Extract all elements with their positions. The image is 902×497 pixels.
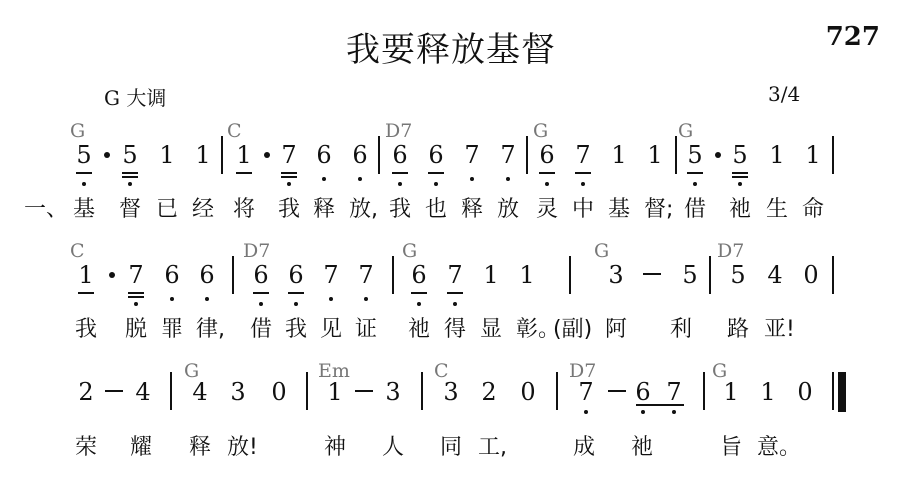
note: 1 bbox=[480, 263, 502, 287]
note: 7 bbox=[355, 263, 377, 287]
barline bbox=[221, 136, 223, 174]
note: 1 bbox=[608, 143, 630, 167]
hymn-title: 我要释放基督 bbox=[0, 22, 902, 71]
note: 1 bbox=[766, 143, 788, 167]
note: 6 bbox=[389, 143, 411, 167]
note: 6 bbox=[196, 263, 218, 287]
lyric: (副) bbox=[553, 312, 592, 343]
note: 1 bbox=[720, 380, 742, 404]
note: 7 bbox=[663, 380, 685, 404]
dash bbox=[643, 273, 661, 275]
note: 5 bbox=[684, 143, 706, 167]
lyric: 督 bbox=[119, 192, 141, 223]
chord-label: G bbox=[678, 120, 693, 142]
lyric: 释 bbox=[461, 192, 483, 223]
note: 7 bbox=[444, 263, 466, 287]
barline bbox=[170, 372, 172, 410]
lyric: 已 bbox=[156, 192, 178, 223]
note: 5 bbox=[679, 263, 701, 287]
dash bbox=[105, 390, 123, 392]
barline bbox=[832, 256, 834, 294]
dash bbox=[608, 390, 626, 392]
augmentation-dot bbox=[104, 152, 110, 158]
chord-label: G bbox=[402, 240, 417, 262]
note: 2 bbox=[478, 380, 500, 404]
lyric: 得 bbox=[444, 312, 466, 343]
lyric: 放! bbox=[227, 430, 258, 461]
lyric: 借 bbox=[684, 192, 706, 223]
time-signature: 3/4 bbox=[768, 82, 800, 106]
note: 7 bbox=[125, 263, 147, 287]
note: 7 bbox=[575, 380, 597, 404]
barline bbox=[421, 372, 423, 410]
lyric: 罪 bbox=[161, 312, 183, 343]
lyric: 一、 bbox=[24, 192, 68, 223]
lyric: 见 bbox=[320, 312, 342, 343]
lyric: 我 bbox=[278, 192, 300, 223]
note: 1 bbox=[192, 143, 214, 167]
note: 3 bbox=[227, 380, 249, 404]
lyric: 祂 bbox=[729, 192, 751, 223]
note: 6 bbox=[313, 143, 335, 167]
chord-label: D7 bbox=[717, 240, 744, 262]
note: 3 bbox=[382, 380, 404, 404]
barline bbox=[832, 136, 834, 174]
lyric: 将 bbox=[233, 192, 255, 223]
lyric: 我 bbox=[285, 312, 307, 343]
lyric: 灵 bbox=[536, 192, 558, 223]
chord-label: G bbox=[594, 240, 609, 262]
lyric: 释 bbox=[189, 430, 211, 461]
barline bbox=[703, 372, 705, 410]
note: 1 bbox=[644, 143, 666, 167]
note: 1 bbox=[802, 143, 824, 167]
note: 6 bbox=[536, 143, 558, 167]
lyric: 放, bbox=[349, 192, 378, 223]
note: 7 bbox=[461, 143, 483, 167]
lyric: 祂 bbox=[408, 312, 430, 343]
lyric: 督; bbox=[644, 192, 673, 223]
note: 7 bbox=[497, 143, 519, 167]
note: 4 bbox=[189, 380, 211, 404]
note: 6 bbox=[161, 263, 183, 287]
augmentation-dot bbox=[264, 152, 270, 158]
note: 5 bbox=[73, 143, 95, 167]
lyric: 意。 bbox=[757, 430, 801, 461]
lyric: 阿 bbox=[605, 312, 627, 343]
note: 7 bbox=[278, 143, 300, 167]
note: 4 bbox=[132, 380, 154, 404]
beam bbox=[636, 404, 684, 406]
note: 3 bbox=[440, 380, 462, 404]
lyric: 中 bbox=[572, 192, 594, 223]
note: 1 bbox=[516, 263, 538, 287]
barline bbox=[526, 136, 528, 174]
lyric: 亚! bbox=[764, 312, 795, 343]
note: 4 bbox=[764, 263, 786, 287]
lyric: 利 bbox=[670, 312, 692, 343]
lyric: 基 bbox=[608, 192, 630, 223]
lyric: 放 bbox=[497, 192, 519, 223]
lyric: 命 bbox=[802, 192, 824, 223]
note: 6 bbox=[250, 263, 272, 287]
note: 1 bbox=[233, 143, 255, 167]
note: 7 bbox=[320, 263, 342, 287]
note: 6 bbox=[425, 143, 447, 167]
lyric: 释 bbox=[313, 192, 335, 223]
barline bbox=[709, 256, 711, 294]
lyric: 我 bbox=[389, 192, 411, 223]
lyric: 我 bbox=[75, 312, 97, 343]
chord-label: C bbox=[227, 120, 242, 142]
note: 6 bbox=[632, 380, 654, 404]
lyric: 脱 bbox=[125, 312, 147, 343]
note: 1 bbox=[75, 263, 97, 287]
lyric: 借 bbox=[250, 312, 272, 343]
note: 0 bbox=[268, 380, 290, 404]
barline bbox=[569, 256, 571, 294]
note: 5 bbox=[729, 143, 751, 167]
barline bbox=[378, 136, 380, 174]
note: 3 bbox=[605, 263, 627, 287]
note: 1 bbox=[156, 143, 178, 167]
lyric: 人 bbox=[382, 430, 404, 461]
note: 0 bbox=[800, 263, 822, 287]
note: 5 bbox=[727, 263, 749, 287]
chord-label: D7 bbox=[385, 120, 412, 142]
augmentation-dot bbox=[715, 152, 721, 158]
chord-label: C bbox=[70, 240, 85, 262]
chord-label: G bbox=[70, 120, 85, 142]
barline bbox=[232, 256, 234, 294]
augmentation-dot bbox=[109, 272, 115, 278]
barline bbox=[832, 372, 834, 410]
barline bbox=[392, 256, 394, 294]
chord-label: G bbox=[533, 120, 548, 142]
barline bbox=[556, 372, 558, 410]
lyric: 荣 bbox=[75, 430, 97, 461]
lyric: 律, bbox=[196, 312, 225, 343]
lyric: 同 bbox=[440, 430, 462, 461]
dash bbox=[355, 390, 373, 392]
lyric: 经 bbox=[192, 192, 214, 223]
lyric: 显 bbox=[480, 312, 502, 343]
lyric: 旨 bbox=[720, 430, 742, 461]
lyric: 成 bbox=[573, 430, 595, 461]
lyric: 祂 bbox=[631, 430, 653, 461]
note: 0 bbox=[794, 380, 816, 404]
lyric: 工, bbox=[478, 430, 507, 461]
lyric: 证 bbox=[355, 312, 377, 343]
hymn-number: 727 bbox=[826, 22, 880, 52]
barline bbox=[306, 372, 308, 410]
note: 6 bbox=[285, 263, 307, 287]
note: 1 bbox=[757, 380, 779, 404]
note: 6 bbox=[349, 143, 371, 167]
final-barline bbox=[838, 372, 846, 412]
note: 7 bbox=[572, 143, 594, 167]
lyric: 路 bbox=[727, 312, 749, 343]
lyric: 基 bbox=[73, 192, 95, 223]
note: 0 bbox=[517, 380, 539, 404]
lyric: 也 bbox=[425, 192, 447, 223]
lyric: 神 bbox=[324, 430, 346, 461]
note: 5 bbox=[119, 143, 141, 167]
note: 1 bbox=[324, 380, 346, 404]
lyric: 耀 bbox=[130, 430, 152, 461]
note: 6 bbox=[408, 263, 430, 287]
lyric: 生 bbox=[766, 192, 788, 223]
chord-label: D7 bbox=[243, 240, 270, 262]
key-signature: G 大调 bbox=[104, 82, 166, 111]
note: 2 bbox=[75, 380, 97, 404]
barline bbox=[675, 136, 677, 174]
